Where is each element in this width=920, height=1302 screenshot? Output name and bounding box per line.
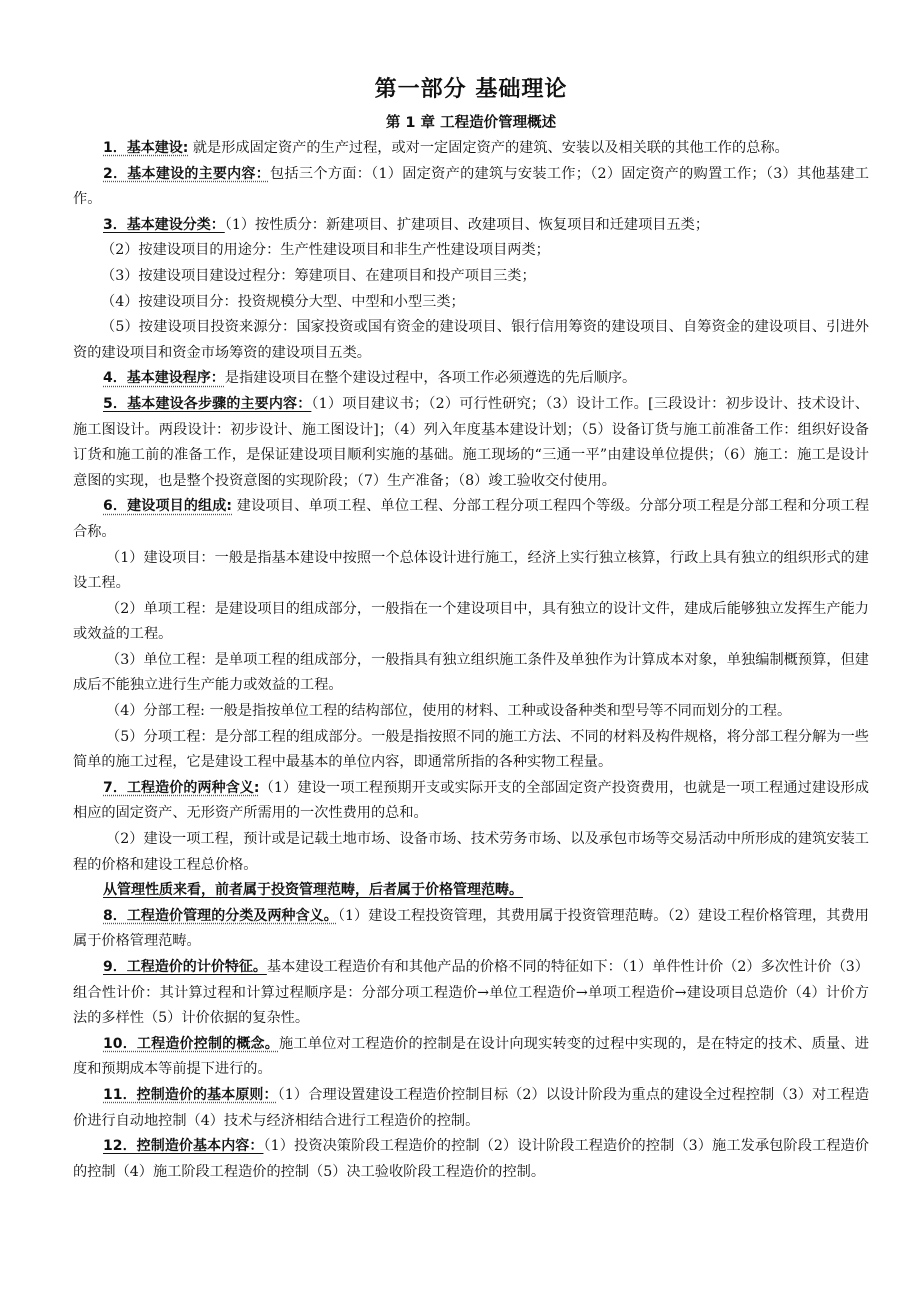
section-6: 6．建设项目的组成: 建设项目、单项工程、单位工程、分部工程分项工程四个等级。分…: [73, 494, 869, 545]
section-text: 就是形成固定资产的生产过程，或对一定固定资产的建筑、安装以及相关联的其他工作的总…: [188, 140, 788, 156]
section-2: 2．基本建设的主要内容：包括三个方面：（1）固定资产的建筑与安装工作；（2）固定…: [73, 162, 869, 213]
section-heading: 1．基本建设:: [103, 140, 188, 156]
section-3-subitem: （4）按建设项目分：投资规模分大型、中型和小型三类；: [73, 290, 869, 316]
section-heading: 7．工程造价的两种含义:: [103, 780, 260, 796]
section-7-subitem: （2）建设一项工程，预计或是记载土地市场、设备市场、技术劳务市场、以及承包市场等…: [73, 827, 869, 878]
section-3: 3．基本建设分类：（1）按性质分：新建项目、扩建项目、改建项目、恢复项目和迁建项…: [73, 213, 869, 239]
section-heading: 10．工程造价控制的概念。: [103, 1036, 279, 1052]
section-6-subitem: （5）分项工程：是分部工程的组成部分。一般是指按照不同的施工方法、不同的材料及构…: [73, 725, 869, 776]
section-1: 1．基本建设: 就是形成固定资产的生产过程，或对一定固定资产的建筑、安装以及相关…: [73, 136, 869, 162]
section-heading: 3．基本建设分类：: [103, 217, 225, 233]
section-10: 10．工程造价控制的概念。施工单位对工程造价的控制是在设计向现实转变的过程中实现…: [73, 1032, 869, 1083]
section-11: 11．控制造价的基本原则：（1）合理设置建设工程造价控制目标（2）以设计阶段为重…: [73, 1083, 869, 1134]
section-heading: 9．工程造价的计价特征。: [103, 959, 267, 975]
section-3-subitem: （2）按建设项目的用途分：生产性建设项目和非生产性建设项目两类；: [73, 238, 869, 264]
section-5: 5．基本建设各步骤的主要内容：（1）项目建议书；（2）可行性研究；（3）设计工作…: [73, 392, 869, 494]
section-heading: 8．工程造价管理的分类及两种含义。: [103, 908, 338, 924]
part-title: 第一部分 基础理论: [73, 72, 869, 108]
section-heading: 2．基本建设的主要内容：: [103, 166, 270, 182]
section-heading: 6．建设项目的组成:: [103, 498, 232, 514]
section-text: 是指建设项目在整个建设过程中，各项工作必须遵选的先后顺序。: [225, 370, 636, 386]
section-6-subitem: （4）分部工程: 一般是指按单位工程的结构部位，使用的材料、工种或设备种类和型号…: [73, 699, 869, 725]
section-9: 9．工程造价的计价特征。基本建设工程造价有和其他产品的价格不同的特征如下：（1）…: [73, 955, 869, 1032]
section-7-emphasis: 从管理性质来看，前者属于投资管理范畴，后者属于价格管理范畴。: [73, 878, 869, 904]
section-heading: 5．基本建设各步骤的主要内容：: [103, 396, 311, 412]
section-3-subitem: （3）按建设项目建设过程分：筹建项目、在建项目和投产项目三类；: [73, 264, 869, 290]
emphasis-text: 从管理性质来看，前者属于投资管理范畴，后者属于价格管理范畴。: [103, 882, 523, 898]
section-heading: 11．控制造价的基本原则：: [103, 1087, 278, 1103]
section-3-subitem: （5）按建设项目投资来源分：国家投资或国有资金的建设项目、银行信用筹资的建设项目…: [73, 315, 869, 366]
section-heading: 12．控制造价基本内容：: [103, 1138, 263, 1154]
section-text: （1）按性质分：新建项目、扩建项目、改建项目、恢复项目和迁建项目五类；: [225, 217, 709, 233]
section-6-subitem: （3）单位工程：是单项工程的组成部分，一般指具有独立组织施工条件及单独作为计算成…: [73, 648, 869, 699]
section-6-subitem: （2）单项工程：是建设项目的组成部分，一般指在一个建设项目中，具有独立的设计文件…: [73, 597, 869, 648]
section-12: 12．控制造价基本内容：（1）投资决策阶段工程造价的控制（2）设计阶段工程造价的…: [73, 1134, 869, 1185]
section-6-subitem: （1）建设项目：一般是指基本建设中按照一个总体设计进行施工，经济上实行独立核算，…: [73, 546, 869, 597]
section-4: 4．基本建设程序：是指建设项目在整个建设过程中，各项工作必须遵选的先后顺序。: [73, 366, 869, 392]
section-7: 7．工程造价的两种含义:（1）建设一项工程预期开支或实际开支的全部固定资产投资费…: [73, 776, 869, 827]
document-page: 第一部分 基础理论 第 1 章 工程造价管理概述 1．基本建设: 就是形成固定资…: [73, 72, 869, 1185]
section-heading: 4．基本建设程序：: [103, 370, 225, 386]
section-8: 8．工程造价管理的分类及两种含义。（1）建设工程投资管理，其费用属于投资管理范畴…: [73, 904, 869, 955]
chapter-title: 第 1 章 工程造价管理概述: [73, 110, 869, 136]
